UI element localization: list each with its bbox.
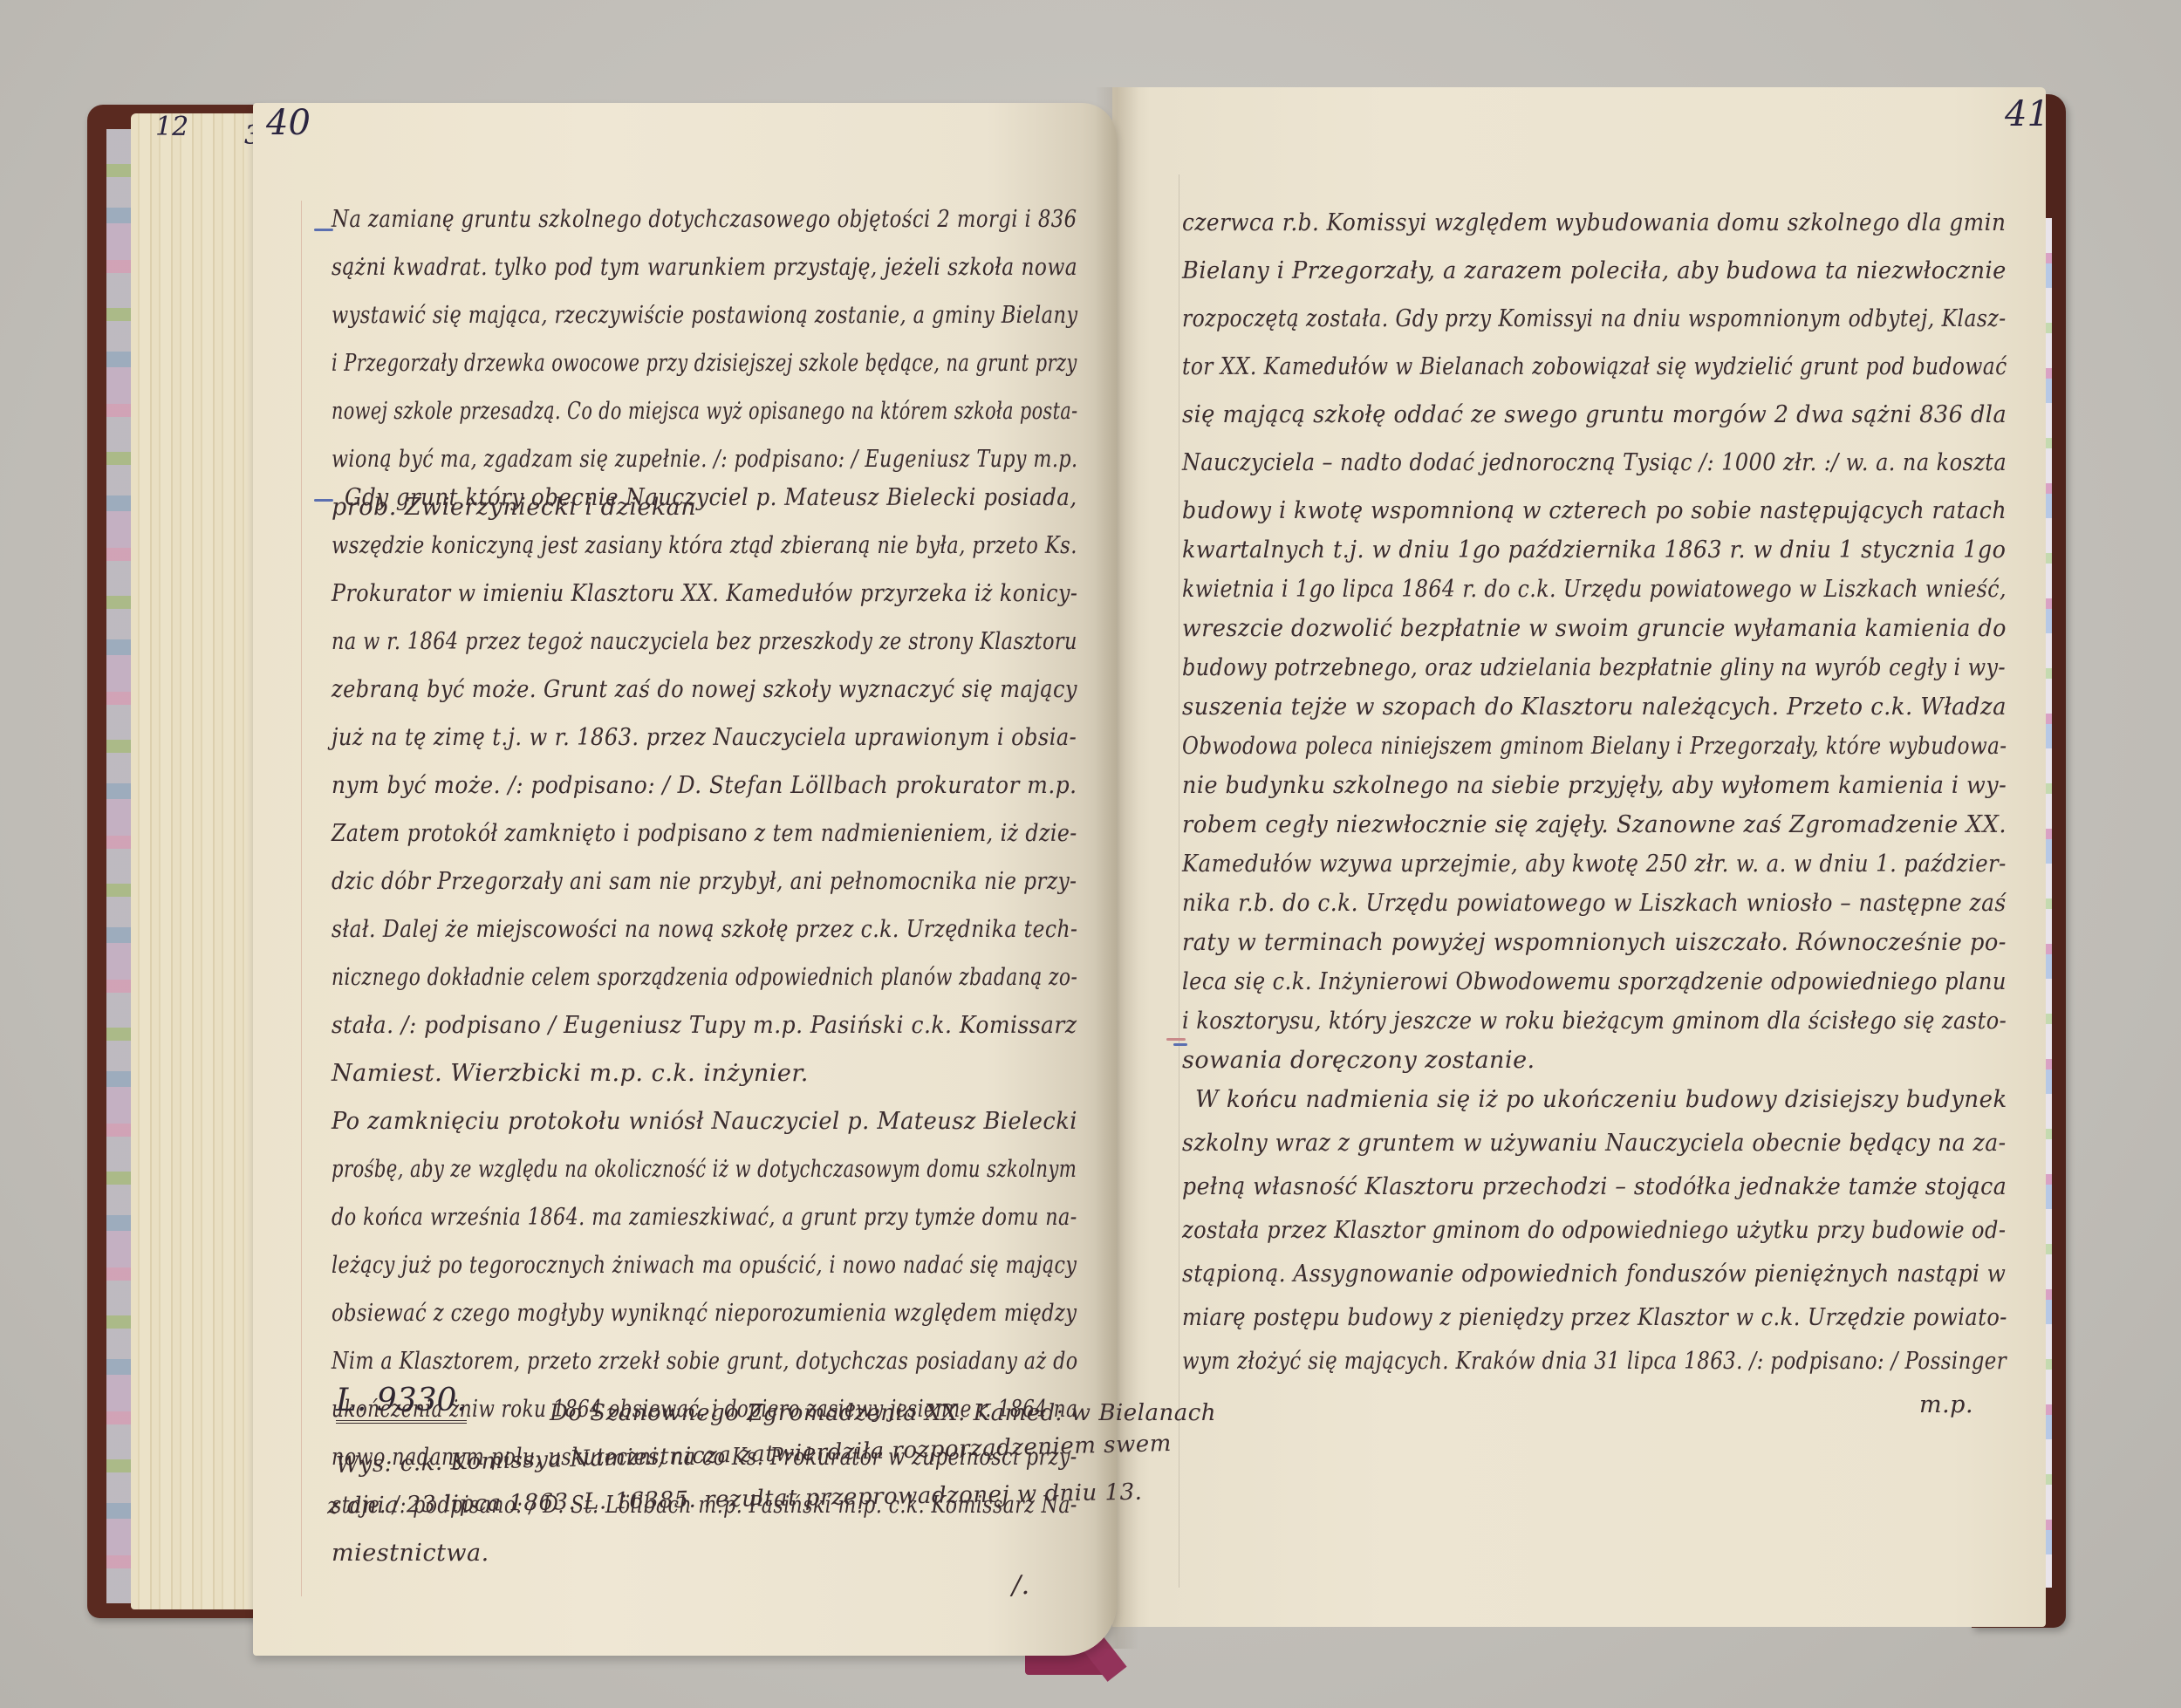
text-line: Obwodowa poleca niniejszem gminom Bielan… xyxy=(1182,733,2007,760)
text-line: tor XX. Kamedułów w Bielanach zobowiązał… xyxy=(1182,353,2007,380)
text-line: miestnictwa. xyxy=(332,1540,489,1567)
text-line: budowy i kwotę wspomnioną w czterech po … xyxy=(1182,497,2007,524)
text-line: robem cegły niezwłocznie się zajęły. Sza… xyxy=(1182,811,2007,838)
text-line: sążni kwadrat. tylko pod tym warunkiem p… xyxy=(332,254,1077,281)
text-line: suszenia tejże w szopach do Klasztoru na… xyxy=(1182,693,2007,721)
text-line: nicznego dokładnie celem sporządzenia od… xyxy=(332,964,1077,991)
text-line: na w r. 1864 przez tegoż nauczyciela bez… xyxy=(332,628,1077,655)
entry-reference-number: L. 9330. xyxy=(336,1383,467,1424)
text-line: nie budynku szkolnego na siebie przyjęły… xyxy=(1182,772,2007,799)
right-margin-rule xyxy=(1179,174,1179,1588)
left-margin-rule xyxy=(301,201,302,1596)
text-line: Nauczyciela – nadto dodać jednoroczną Ty… xyxy=(1182,449,2007,476)
text-line: leca się c.k. Inżynierowi Obwodowemu spo… xyxy=(1182,968,2007,995)
text-line: została przez Klasztor gminom do odpowie… xyxy=(1182,1217,2007,1244)
text-line: Nim a Klasztorem, przeto zrzekł sobie gr… xyxy=(332,1348,1078,1375)
stack-folio-12: 12 xyxy=(155,112,188,142)
text-line: raty w terminach powyżej wspomnionych ui… xyxy=(1182,929,2007,956)
red-paragraph-mark xyxy=(1166,1038,1186,1041)
text-line: kwietnia i 1go lipca 1864 r. do c.k. Urz… xyxy=(1182,576,2007,603)
text-line: sowania doręczony zostanie. xyxy=(1182,1047,1535,1074)
text-line: rozpoczętą została. Gdy przy Komissyi na… xyxy=(1182,305,2007,332)
text-line: budowy potrzebnego, oraz udzielania bezp… xyxy=(1182,654,2006,681)
blue-paragraph-mark xyxy=(314,499,333,502)
text-line: wystawić się mająca, rzeczywiście postaw… xyxy=(332,302,1077,329)
text-line: wioną być ma, zgadzam się zupełnie. /: p… xyxy=(332,446,1077,473)
text-line: i Przegorzały drzewka owocowe przy dzisi… xyxy=(332,350,1077,377)
text-line: Po zamknięciu protokołu wniósł Nauczycie… xyxy=(332,1108,1077,1135)
text-line: nika r.b. do c.k. Urzędu powiatowego w L… xyxy=(1182,890,2007,917)
text-line: do końca września 1864. ma zamieszkiwać,… xyxy=(332,1204,1077,1231)
text-line: nym być może. /: podpisano: / D. Stefan … xyxy=(332,772,1077,799)
text-line: już na tę zimę t.j. w r. 1863. przez Nau… xyxy=(332,724,1077,751)
text-line: Namiest. Wierzbicki m.p. c.k. inżynier. xyxy=(332,1060,809,1087)
text-line: Na zamianę gruntu szkolnego dotychczasow… xyxy=(332,206,1077,233)
entry-heading: Do Szanownego Zgromadzenia XX. Kamed: w … xyxy=(550,1400,1216,1426)
text-line: Bielany i Przegorzały, a zarazem polecił… xyxy=(1182,257,2007,284)
signature-mp: m.p. xyxy=(1919,1391,1973,1418)
page-edges-stack xyxy=(131,113,270,1609)
entry-closing-mark: /. xyxy=(1012,1570,1030,1601)
blue-paragraph-mark xyxy=(1173,1043,1187,1046)
text-line: wym złożyć się mających. Kraków dnia 31 … xyxy=(1182,1348,2007,1375)
text-line: wszędzie koniczyną jest zasiany która zt… xyxy=(332,532,1077,559)
text-line: leżący już po tegorocznych żniwach ma op… xyxy=(332,1252,1077,1279)
text-line: nowej szkole przesadzą. Co do miejsca wy… xyxy=(332,398,1078,425)
text-line: i kosztorysu, który jeszcze w roku bieżą… xyxy=(1182,1008,2007,1035)
text-line: kwartalnych t.j. w dniu 1go października… xyxy=(1182,536,2006,564)
text-line: Prokurator w imieniu Klasztoru XX. Kamed… xyxy=(332,580,1077,607)
text-line: stąpioną. Assygnowanie odpowiednich fond… xyxy=(1182,1261,2006,1288)
text-line: W końcu nadmienia się iż po ukończeniu b… xyxy=(1195,1086,2007,1113)
text-line: czerwca r.b. Komissyi względem wybudowan… xyxy=(1182,209,2006,236)
text-line: miarę postępu budowy z pieniędzy przez K… xyxy=(1182,1304,2007,1331)
blue-paragraph-mark xyxy=(314,229,333,231)
text-line: prośbę, aby ze względu na okoliczność iż… xyxy=(332,1156,1077,1183)
text-line: dzic dóbr Przegorzały ani sam nie przyby… xyxy=(332,868,1077,895)
text-line: Zatem protokół zamknięto i podpisano z t… xyxy=(332,820,1077,847)
text-line: szkolny wraz z gruntem w używaniu Nauczy… xyxy=(1182,1130,2007,1157)
text-line: pełną własność Klasztoru przechodzi – st… xyxy=(1182,1173,2007,1200)
text-line: zebraną być może. Grunt zaś do nowej szk… xyxy=(332,676,1077,703)
text-line: się mającą szkołę oddać ze swego gruntu … xyxy=(1182,401,2007,428)
text-line: Gdy grunt który obecnie Nauczyciel p. Ma… xyxy=(345,484,1077,511)
right-page-folio: 41 xyxy=(2005,94,2049,134)
text-line: słał. Dalej że miejscowości na nową szko… xyxy=(332,916,1077,943)
left-page-folio: 40 xyxy=(266,103,311,143)
text-line: wreszcie dozwolić bezpłatnie w swoim gru… xyxy=(1182,615,2007,642)
text-line: obsiewać z czego mogłyby wyniknąć niepor… xyxy=(332,1300,1077,1327)
text-line: stała. /: podpisano / Eugeniusz Tupy m.p… xyxy=(332,1012,1077,1039)
text-line: Kamedułów wzywa uprzejmie, aby kwotę 250… xyxy=(1182,851,2007,878)
